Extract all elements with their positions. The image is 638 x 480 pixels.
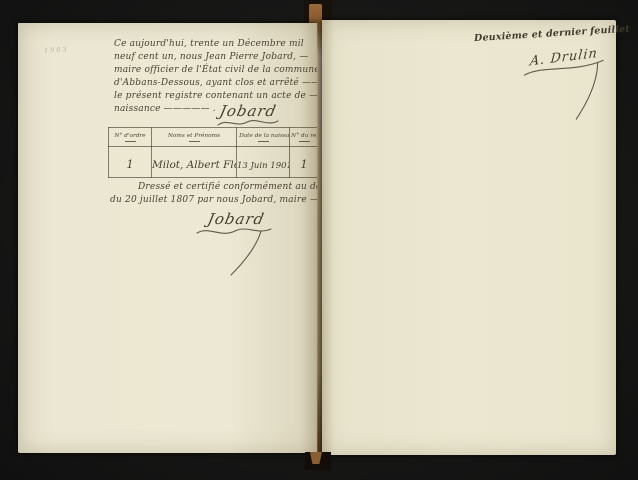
cell-order-number: 1: [109, 147, 152, 178]
register-right-page: Deuxième et dernier feuillet A. Drulin: [322, 20, 616, 455]
folio-heading: Deuxième et dernier feuillet: [474, 25, 609, 44]
mayor-signature-certification: Jobard: [188, 209, 284, 277]
certification-statement: Dressé et certifié conformément au décre…: [110, 181, 325, 206]
header-underline: [125, 141, 136, 142]
signature-flourish-icon: [191, 225, 281, 277]
header-birth-date: Date de la naissance: [237, 128, 290, 147]
header-underline: [258, 141, 269, 142]
pencil-annotation: 1903: [44, 45, 69, 54]
birth-acts-table: N° d'ordre Noms et Prénoms Date de la na…: [108, 127, 319, 178]
header-order-number: N° d'ordre: [109, 128, 152, 147]
certification-line: du 20 juillet 1807 par nous Jobard, mair…: [110, 194, 325, 207]
mayor-signature-closing: Jobard: [208, 101, 288, 129]
header-underline: [299, 141, 310, 142]
signature-name: Jobard: [206, 210, 266, 228]
header-underline: [189, 141, 200, 142]
closing-line: Ce aujourd'hui, trente un Décembre mil: [114, 38, 324, 51]
register-left-page: 1903 Ce aujourd'hui, trente un Décembre …: [18, 23, 318, 453]
certification-line: Dressé et certifié conformément au décre…: [110, 181, 325, 194]
cell-register-number: 1: [290, 147, 319, 178]
closing-line: maire officier de l'État civil de la com…: [114, 64, 324, 77]
closing-line: neuf cent un, nous Jean Pierre Jobard, —: [114, 51, 324, 64]
cell-birth-date: 13 Juin 1901: [237, 147, 290, 178]
header-register-number: N° du registre: [290, 128, 319, 147]
verifier-signature: A. Drulin: [508, 40, 627, 131]
table-header-row: N° d'ordre Noms et Prénoms Date de la na…: [109, 128, 319, 147]
signature-name: Jobard: [218, 102, 278, 120]
table-row: 1 Milot, Albert Florent 13 Juin 1901 1: [109, 147, 319, 178]
closing-line: d'Abbans-Dessous, ayant clos et arrêté —…: [114, 77, 324, 90]
header-names: Noms et Prénoms: [152, 128, 237, 147]
cell-name: Milot, Albert Florent: [152, 147, 237, 178]
